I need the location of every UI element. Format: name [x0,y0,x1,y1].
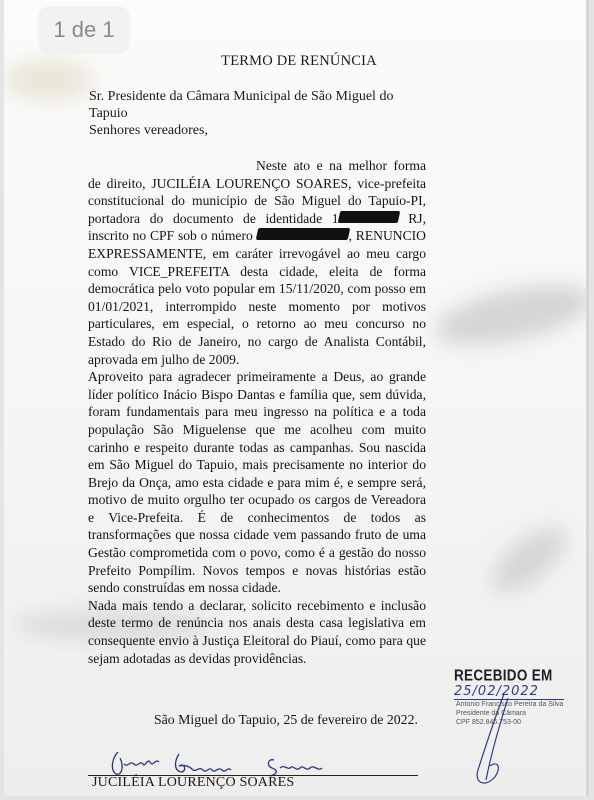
redacted-cpf-number: x [255,228,350,240]
paragraph-2: Aproveito para agradecer primeiramente a… [88,368,426,597]
redacted-id-number: x [337,211,400,223]
greeting: Senhores vereadores, [89,122,449,139]
addressee-line-1: Sr. Presidente da Câmara Municipal de Sã… [89,88,449,105]
paper-shadow [482,516,577,604]
addressee-line-2: Tapuio [89,105,449,122]
document-title: TERMO DE RENÚNCIA [4,53,586,70]
document-page[interactable]: 1 de 1 TERMO DE RENÚNCIA Sr. Presidente … [4,0,589,796]
stamp-signature-scribble [464,690,524,795]
document-body: Neste ato e na melhor forma de direito, … [88,157,426,667]
paragraph-1: Neste ato e na melhor forma de direito, … [88,157,426,368]
stamp-title: RECEBIDO EM [454,667,584,684]
paragraph-3: Nada mais tendo a declarar, solicito rec… [88,597,426,667]
salutation: Sr. Presidente da Câmara Municipal de Sã… [89,88,449,139]
place-and-date: São Miguel do Tapuio, 25 de fevereiro de… [154,712,418,728]
handwritten-signature [104,748,364,778]
paper-shadow [431,274,589,356]
document-viewer: 1 de 1 TERMO DE RENÚNCIA Sr. Presidente … [0,0,594,800]
signer-name: JUCILÉIA LOURENÇO SOARES [92,775,294,791]
page-indicator: 1 de 1 [38,6,130,54]
